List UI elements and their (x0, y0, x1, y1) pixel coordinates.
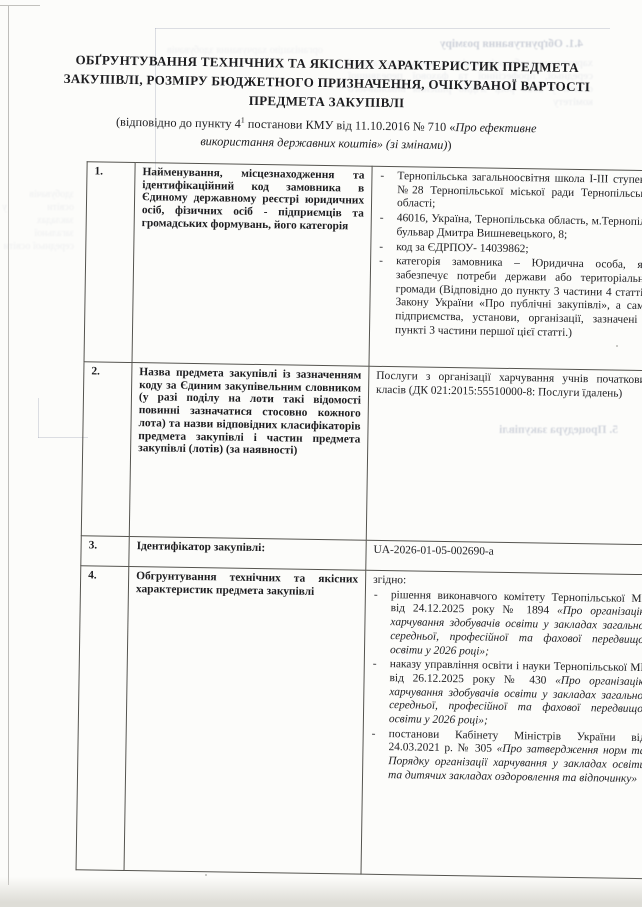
text-segment: Тернопільська загальноосвітня школа І-ІІ… (397, 170, 642, 210)
dash-marker: - (371, 658, 390, 727)
procurement-justification-table: 1.Найменування, місцезнаходження та іден… (76, 161, 642, 879)
table-row: 1.Найменування, місцезнаходження та іден… (84, 162, 642, 371)
row-number-cell: 2. (81, 362, 132, 537)
row-label-cell: Ідентифікатор закупівлі: (129, 536, 366, 570)
text-segment: згідно: (373, 574, 406, 587)
dash-marker: - (372, 589, 391, 658)
text-segment: UA-2026-01-05-002690-a (374, 544, 494, 558)
dash-marker: - (378, 212, 396, 240)
bullet-text: Тернопільська загальноосвітня школа І-ІІ… (397, 170, 642, 215)
text-segment: категорія замовника – Юридична особа, як… (395, 255, 642, 338)
dash-marker: - (370, 728, 389, 783)
subtitle-segment: Про ефективне (455, 120, 536, 135)
bullet-text: постанови Кабінету Міністрів України від… (388, 728, 642, 787)
row-label-cell: Обгрунтування технічних та якісних харак… (124, 566, 366, 874)
row-value-cell: згідно:-рішення виконавчого комітету Тер… (361, 570, 642, 879)
value-paragraph: UA-2026-01-05-002690-a (373, 544, 642, 562)
row-label-cell: Назва предмета закупівлі із зазначенням … (129, 363, 369, 541)
dash-marker: - (379, 170, 398, 211)
bullet-item: -Тернопільська загальноосвітня школа І-І… (379, 170, 642, 215)
bullet-item: -категорія замовника – Юридична особа, я… (377, 255, 642, 342)
table-row: 2.Назва предмета закупівлі із зазначення… (81, 362, 642, 545)
scanned-document-page: 4.1. Обґрунтування розмірухарчування здо… (0, 0, 642, 907)
document-subtitle: (відповідно до пункту 41 постанови КМУ в… (91, 112, 562, 155)
bullet-item: -наказу управління освіти і науки Терноп… (371, 658, 642, 731)
bullet-item: -рішення виконавчого комітету Тернопільс… (372, 589, 642, 662)
row-value-cell: UA-2026-01-05-002690-a (366, 540, 642, 575)
text-segment: Послуги з організації харчування учнів п… (376, 370, 642, 400)
dash-marker: - (377, 255, 396, 337)
bullet-item: -постанови Кабінету Міністрів України ві… (370, 728, 642, 787)
row-number-cell: 1. (84, 162, 135, 363)
document-content: ОБҐРУНТУВАННЯ ТЕХНІЧНИХ ТА ЯКІСНИХ ХАРАК… (0, 0, 642, 879)
scan-speck (205, 874, 207, 876)
table-row: 4.Обгрунтування технічних та якісних хар… (76, 566, 642, 879)
subtitle-segment: постанови КМУ від 11.10.2016 № 710 « (245, 117, 456, 134)
bullet-text: категорія замовника – Юридична особа, як… (395, 255, 642, 341)
bullet-text: наказу управління освіти і науки Тернопі… (389, 658, 642, 731)
scanner-shadow-band (0, 877, 642, 907)
text-segment: 46016, Україна, Тернопільська область, м… (396, 212, 642, 240)
subtitle-segment: (відповідно до пункту 4 (116, 115, 241, 131)
text-segment: код за ЄДРПОУ- 14039862; (396, 241, 528, 255)
document-title: ОБҐРУНТУВАННЯ ТЕХНІЧНИХ ТА ЯКІСНИХ ХАРАК… (61, 50, 594, 115)
value-paragraph: Послуги з організації харчування учнів п… (376, 370, 642, 402)
bullet-text: 46016, Україна, Тернопільська область, м… (396, 212, 642, 243)
row-number-cell: 4. (76, 566, 129, 871)
row-number-cell: 3. (81, 536, 129, 567)
dash-marker: - (378, 240, 396, 254)
subtitle-segment: ) (447, 138, 451, 152)
row-value-cell: -Тернопільська загальноосвітня школа І-І… (369, 166, 642, 371)
bullet-item: -46016, Україна, Тернопільська область, … (378, 212, 642, 244)
bullet-text: рішення виконавчого комітету Тернопільсь… (390, 589, 642, 662)
row-label-cell: Найменування, місцезнаходження та іденти… (132, 163, 372, 367)
subtitle-segment: використання державних коштів» (зі зміна… (200, 134, 447, 152)
row-value-cell: Послуги з організації харчування учнів п… (366, 366, 642, 545)
